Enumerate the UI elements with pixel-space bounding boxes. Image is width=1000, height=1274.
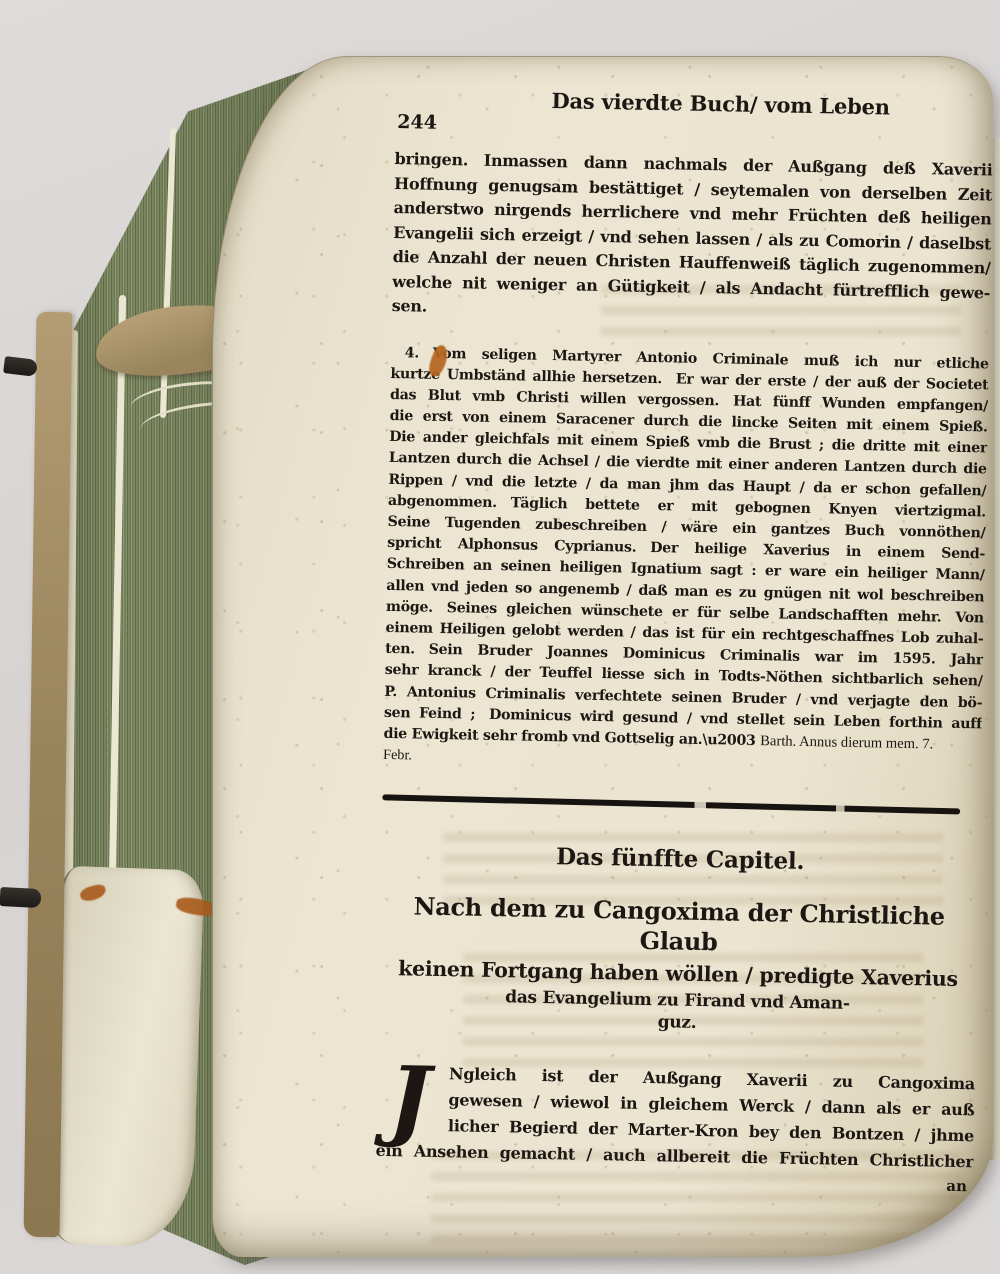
paragraph-with-drop-cap: J Ngleich ist der Außgang Xaverii zu Can… — [375, 1060, 975, 1195]
drop-cap-initial: J — [376, 1062, 443, 1139]
book-clasp — [3, 356, 38, 377]
paragraph: bringen. Inmassen dann nachmals der Außg… — [392, 147, 993, 305]
book-page: Das vierdte Buch/ vom Leben 244 bringen.… — [212, 56, 993, 1257]
paragraph: 4. Vom seligen Martyrer Antonio Criminal… — [383, 342, 989, 777]
chapter-subtitle-line: Nach dem zu Cangoxima der Christliche Gl… — [379, 891, 978, 962]
page-number: 244 — [397, 111, 437, 134]
text-block: Das vierdte Buch/ vom Leben 244 bringen.… — [375, 85, 993, 1196]
running-header: Das vierdte Buch/ vom Leben — [396, 85, 993, 121]
closing-text: die Ewigkeit sehr fromb vnd Gottselig an… — [383, 726, 702, 748]
chapter-heading: Das fünffte Capitel. — [381, 840, 979, 878]
citation-source: Barth. Annus dierum mem. 7. — [760, 733, 933, 752]
curled-page-corner — [49, 866, 204, 1249]
page-header: Das vierdte Buch/ vom Leben 244 — [395, 85, 993, 144]
photo-of-open-book: { "colors": { "paper": "#eae4d0", "ink":… — [0, 0, 1000, 1274]
section-divider-rule — [382, 795, 960, 815]
book-clasp — [0, 887, 41, 908]
